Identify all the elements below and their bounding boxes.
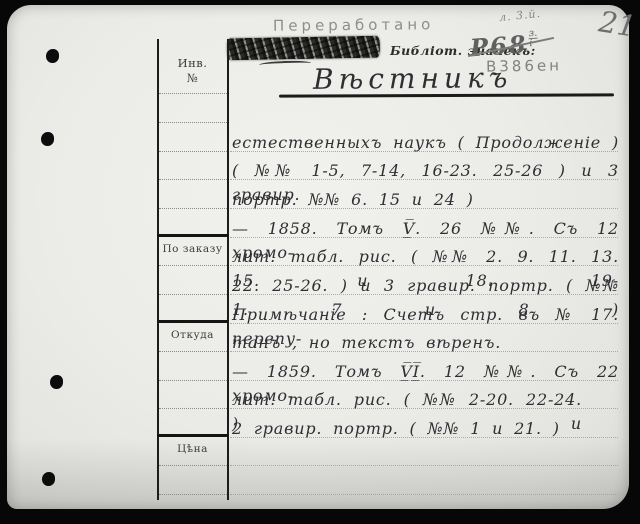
stamp-scribble-tail	[259, 60, 311, 68]
obliterated-stamp	[227, 36, 380, 61]
punch-hole	[46, 49, 59, 63]
ruled-line	[159, 122, 227, 123]
entry-text-line: 2 гравир. портр. ( №№ 1 и 21. )	[232, 417, 619, 441]
entry-text-line: 22. 25-26. ) и 3 гравир. портр. ( №№ 1. …	[232, 274, 619, 298]
reworked-pencil-note: Переработано	[273, 15, 434, 34]
entry-title: Вѣстникъ	[313, 61, 513, 96]
punch-hole	[50, 375, 63, 389]
entry-text-line: танъ , но текстъ вѣренъ.	[232, 331, 619, 355]
scanned-catalog-card: { "annotations": { "reworked_note": "Пер…	[0, 0, 640, 524]
ruled-line	[159, 93, 227, 94]
ruled-line	[159, 465, 227, 466]
entry-text-line: естественныхъ наукъ ( Продолженіе )	[232, 131, 619, 155]
punch-hole	[41, 132, 54, 146]
entry-text-line: — 1858. Томъ V̲̅. 26 №№. Съ 12 хромо-	[232, 217, 619, 241]
title-underline	[279, 93, 614, 97]
entry-text-line: портр. №№ 6. 15 и 24 )	[232, 188, 619, 212]
sheet-number-pencil-note: л. 3.й.	[498, 7, 541, 24]
ruled-line	[159, 351, 227, 352]
ruled-line	[230, 465, 618, 466]
ruled-line	[159, 208, 227, 209]
section-divider	[157, 234, 229, 237]
section-divider	[157, 434, 229, 437]
section-divider	[157, 320, 229, 323]
catalog-card-page: Переработано л. 3.й. 21 Библіот. значекъ…	[7, 5, 629, 509]
old-call-fraction: з.і	[528, 29, 538, 49]
entry-text-line: Примѣчаніе : Счетъ стр. въ № 17. перепу-	[232, 303, 619, 327]
inventory-label: Инв.	[157, 56, 228, 70]
page-number: 21	[597, 4, 639, 43]
inventory-number-sign: №	[157, 71, 228, 85]
ruled-line	[159, 294, 227, 295]
punch-hole	[42, 472, 55, 486]
column-divider-line	[157, 39, 159, 500]
by-order-label: По заказу	[157, 243, 228, 255]
ruled-line	[159, 494, 227, 495]
entry-text-line: лит. табл. рис. ( №№ 2. 9. 11. 13. 15. и…	[232, 245, 619, 269]
origin-label: Откуда	[157, 329, 228, 341]
ruled-line	[159, 151, 227, 152]
entry-text-line: лит. табл. рис. ( №№ 2-20. 22-24. ) и	[232, 388, 582, 412]
column-divider-line	[227, 39, 229, 500]
entry-text-line: — 1859. Томъ V̲̅І̲̅. 12 №№. Съ 22 хромо-	[232, 360, 619, 384]
entry-text-line: ( №№ 1-5, 7-14, 16-23. 25-26 ) и 3 грави…	[232, 159, 619, 183]
ruled-line	[159, 408, 227, 409]
ruled-line	[230, 494, 618, 495]
ruled-line	[159, 265, 227, 266]
ruled-line	[159, 179, 227, 180]
price-label: Цѣна	[157, 443, 228, 455]
ruled-line	[159, 380, 227, 381]
